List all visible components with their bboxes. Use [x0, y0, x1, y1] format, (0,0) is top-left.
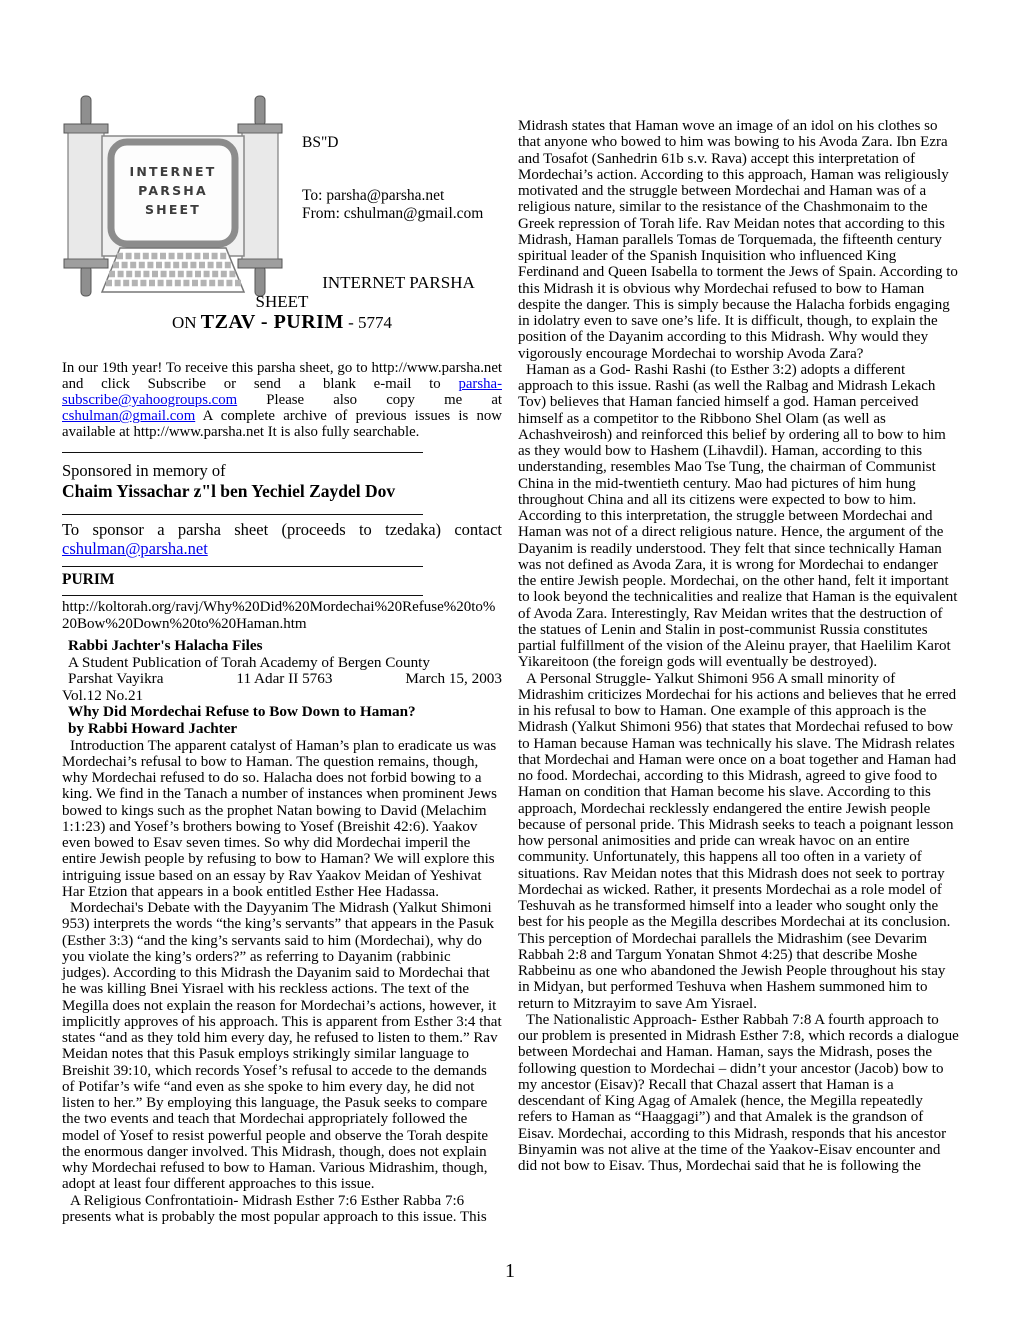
logo-text-sheet: SHEET	[145, 202, 201, 217]
issue-hebrew-date: 11 Adar II 5763	[236, 671, 332, 688]
masthead-title-line: ON TZAV - PURIM - 5774	[62, 313, 502, 332]
subscription-paragraph: In our 19th year! To receive this parsha…	[62, 360, 502, 440]
sponsored-label: Sponsored in memory of	[62, 461, 502, 481]
article-publication: A Student Publication of Torah Academy o…	[62, 655, 502, 672]
section-title: PURIM	[62, 571, 502, 589]
left-column: In our 19th year! To receive this parsha…	[62, 358, 502, 1225]
separator-line	[62, 452, 423, 453]
masthead-line2: SHEET	[62, 292, 502, 311]
computer-screen-graphic: INTERNET PARSHA SHEET	[111, 142, 235, 244]
article-paragraph: Mordechai's Debate with the Dayyanim The…	[62, 900, 502, 1193]
article-paragraph: Haman as a God- Rashi Rashi (to Esther 3…	[518, 362, 960, 671]
right-column: Midrash states that Haman wove an image …	[518, 118, 960, 1174]
sponsor-contact-text: To sponsor a parsha sheet (proceeds to t…	[62, 520, 502, 539]
sponsored-name: Chaim Yissachar z"l ben Yechiel Zaydel D…	[62, 481, 502, 502]
masthead: INTERNET PARSHA SHEET ON TZAV - PURIM - …	[62, 273, 502, 332]
from-line: From: cshulman@gmail.com	[302, 205, 483, 223]
document-page: INTERNET PARSHA SHEET BS"D To: parsha@pa…	[0, 0, 1020, 1320]
article-title: Why Did Mordechai Refuse to Bow Down to …	[62, 704, 502, 721]
article-paragraph: Midrash states that Haman wove an image …	[518, 118, 960, 362]
separator-line	[62, 514, 423, 515]
separator-line	[62, 595, 423, 596]
sponsor-email-link[interactable]: cshulman@parsha.net	[62, 539, 208, 558]
masthead-on: ON	[172, 313, 201, 332]
article-source-url: http://koltorah.org/ravj/Why%20Did%20Mor…	[62, 599, 502, 632]
torah-scroll-computer-graphic: INTERNET PARSHA SHEET	[58, 92, 288, 300]
copy-email-link[interactable]: cshulman@gmail.com	[62, 408, 195, 424]
masthead-year: - 5774	[344, 313, 392, 332]
sponsor-contact-paragraph: To sponsor a parsha sheet (proceeds to t…	[62, 521, 502, 558]
logo-text-parsha: PARSHA	[138, 183, 208, 198]
masthead-line1: INTERNET PARSHA	[295, 273, 502, 292]
separator-line	[62, 566, 423, 567]
bsd-label: BS"D	[302, 134, 338, 152]
article-paragraph: Introduction The apparent catalyst of Ha…	[62, 738, 502, 901]
issue-line: Parshat Vayikra 11 Adar II 5763 March 15…	[62, 671, 502, 688]
page-number: 1	[0, 1260, 1020, 1283]
logo-text-internet: INTERNET	[130, 164, 217, 179]
article-paragraph: A Personal Struggle- Yalkut Shimoni 956 …	[518, 671, 960, 1012]
parsha-sheet-logo: INTERNET PARSHA SHEET	[58, 92, 288, 300]
article-masthead: Rabbi Jachter's Halacha Files	[62, 638, 502, 655]
subscription-text-1: In our 19th year! To receive this parsha…	[62, 360, 502, 392]
article-byline: by Rabbi Howard Jachter	[62, 721, 502, 738]
article-paragraph: The Nationalistic Approach- Esther Rabba…	[518, 1012, 960, 1175]
subscription-text-2: Please also copy me at	[237, 392, 502, 408]
masthead-parsha-title: TZAV - PURIM	[201, 311, 344, 333]
issue-parsha: Parshat Vayikra	[68, 671, 163, 688]
issue-english-date: March 15, 2003	[405, 671, 502, 688]
to-line: To: parsha@parsha.net	[302, 187, 483, 205]
issue-volume: Vol.12 No.21	[62, 688, 502, 705]
article-paragraph: A Religious Confrontatioin- Midrash Esth…	[62, 1193, 502, 1226]
mail-header: To: parsha@parsha.net From: cshulman@gma…	[302, 187, 483, 223]
